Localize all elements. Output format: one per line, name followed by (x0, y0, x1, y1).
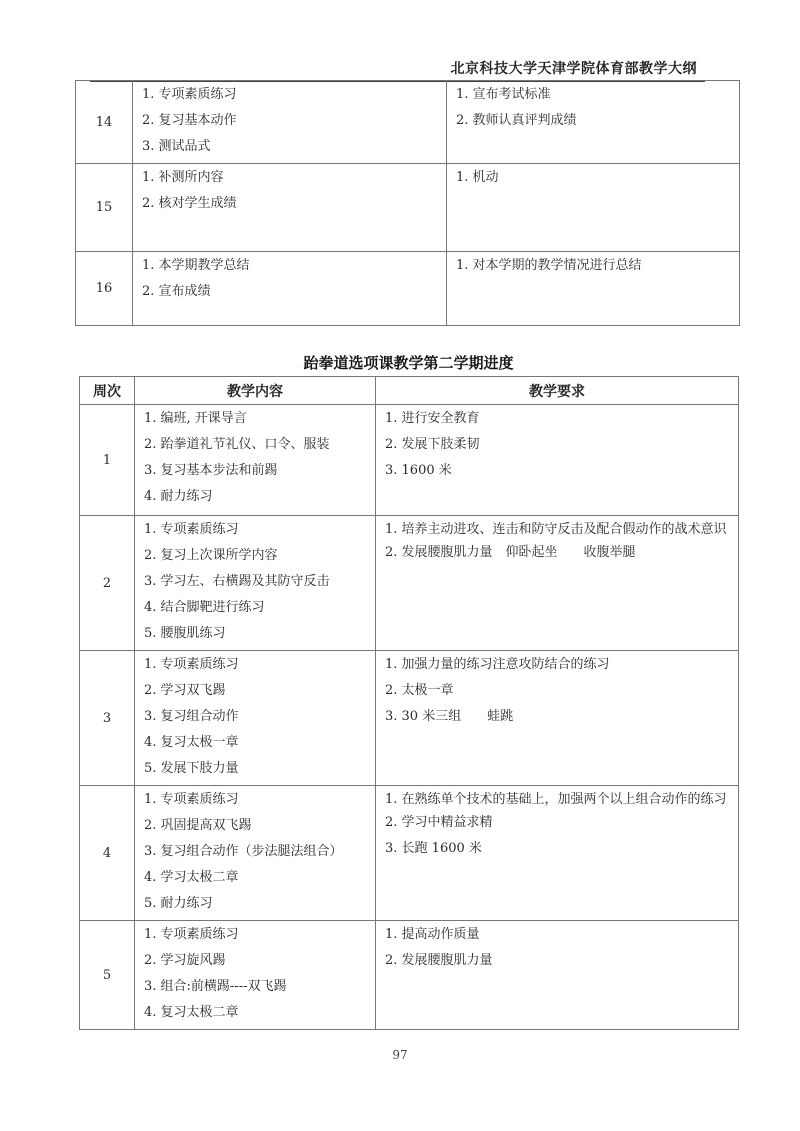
requirements-cell: 1. 培养主动进攻、连击和防守反击及配合假动作的战术意识 2. 发展腰腹肌力量 … (376, 516, 739, 651)
week-cell: 2 (80, 516, 135, 651)
page-number: 97 (0, 1048, 800, 1062)
content-line: 3. 测试品式 (142, 137, 446, 163)
column-header-content: 教学内容 (135, 377, 376, 405)
content-line: 2. 宣布成绩 (142, 282, 446, 308)
content-line: 2. 学习双飞踢 (144, 681, 375, 707)
requirements-cell: 1. 加强力量的练习注意攻防结合的练习 2. 太极一章 3. 30 米三组 蛙跳 (376, 651, 739, 786)
content-line: 3. 组合:前横踢----双飞踢 (144, 977, 375, 1003)
content-cell: 1. 专项素质练习 2. 学习双飞踢 3. 复习组合动作 4. 复习太极一章 5… (135, 651, 376, 786)
week-cell: 15 (76, 164, 133, 252)
content-cell: 1. 专项素质练习 2. 学习旋风踢 3. 组合:前横踢----双飞踢 4. 复… (135, 921, 376, 1030)
content-line: 1. 本学期教学总结 (142, 256, 446, 282)
requirement-line: 1. 进行安全教育 (385, 409, 738, 435)
content-line: 1. 专项素质练习 (144, 925, 375, 951)
week-cell: 1 (80, 405, 135, 516)
requirements-cell: 1. 对本学期的教学情况进行总结 (447, 252, 740, 326)
content-line: 1. 编班, 开课导言 (144, 409, 375, 435)
requirement-line: 1. 加强力量的练习注意攻防结合的练习 (385, 655, 738, 681)
requirement-line: 3. 30 米三组 蛙跳 (385, 707, 738, 733)
content-line: 3. 复习组合动作 (144, 707, 375, 733)
requirement-line: 1. 机动 (456, 168, 739, 194)
schedule-table-semester-2: 周次 教学内容 教学要求 1 1. 编班, 开课导言 2. 跆拳道礼节礼仪、口令… (79, 376, 739, 1030)
document-title: 北京科技大学天津学院体育部教学大纲 (451, 58, 698, 78)
table-row: 4 1. 专项素质练习 2. 巩固提高双飞踢 3. 复习组合动作（步法腿法组合）… (80, 786, 739, 921)
table-row: 1 1. 编班, 开课导言 2. 跆拳道礼节礼仪、口令、服装 3. 复习基本步法… (80, 405, 739, 516)
requirement-line: 2. 发展下肢柔韧 (385, 435, 738, 461)
content-line: 5. 腰腹肌练习 (144, 624, 375, 650)
column-header-requirements: 教学要求 (376, 377, 739, 405)
table-header-row: 周次 教学内容 教学要求 (80, 377, 739, 405)
content-cell: 1. 编班, 开课导言 2. 跆拳道礼节礼仪、口令、服装 3. 复习基本步法和前… (135, 405, 376, 516)
table-row: 14 1. 专项素质练习 2. 复习基本动作 3. 测试品式 1. 宣布考试标准… (76, 81, 740, 164)
content-line: 2. 核对学生成绩 (142, 194, 446, 220)
requirement-line: 1. 在熟练单个技术的基础上，加强两个以上组合动作的练习 (385, 787, 730, 813)
page-header: 北京科技大学天津学院体育部教学大纲 (90, 56, 705, 82)
requirement-line: 1. 对本学期的教学情况进行总结 (456, 256, 739, 282)
week-cell: 16 (76, 252, 133, 326)
requirement-line: 1. 提高动作质量 (385, 925, 738, 951)
content-line: 3. 复习基本步法和前踢 (144, 461, 375, 487)
content-line: 4. 耐力练习 (144, 487, 375, 513)
content-line: 1. 专项素质练习 (144, 790, 375, 816)
requirement-line: 2. 教师认真评判成绩 (456, 111, 739, 137)
content-line: 4. 复习太极一章 (144, 733, 375, 759)
requirements-cell: 1. 提高动作质量 2. 发展腰腹肌力量 (376, 921, 739, 1030)
content-line: 2. 复习基本动作 (142, 111, 446, 137)
requirement-line: 2. 发展腰腹肌力量 (385, 951, 738, 977)
table-row: 16 1. 本学期教学总结 2. 宣布成绩 1. 对本学期的教学情况进行总结 (76, 252, 740, 326)
content-cell: 1. 专项素质练习 2. 复习基本动作 3. 测试品式 (133, 81, 447, 164)
week-cell: 3 (80, 651, 135, 786)
requirements-cell: 1. 宣布考试标准 2. 教师认真评判成绩 (447, 81, 740, 164)
requirement-line: 2. 学习中精益求精 (385, 813, 730, 839)
requirement-line: 2. 太极一章 (385, 681, 738, 707)
requirement-line: 1. 宣布考试标准 (456, 85, 739, 111)
requirement-line: 3. 长跑 1600 米 (385, 839, 730, 865)
table-row: 15 1. 补测所内容 2. 核对学生成绩 1. 机动 (76, 164, 740, 252)
content-line: 4. 学习太极二章 (144, 868, 375, 894)
content-line: 4. 结合脚靶进行练习 (144, 598, 375, 624)
content-line: 1. 专项素质练习 (144, 520, 375, 546)
content-line: 2. 学习旋风踢 (144, 951, 375, 977)
content-line: 5. 耐力练习 (144, 894, 375, 920)
content-line: 5. 发展下肢力量 (144, 759, 375, 785)
content-line: 4. 复习太极二章 (144, 1003, 375, 1029)
content-cell: 1. 本学期教学总结 2. 宣布成绩 (133, 252, 447, 326)
content-cell: 1. 专项素质练习 2. 复习上次课所学内容 3. 学习左、右横踢及其防守反击 … (135, 516, 376, 651)
content-cell: 1. 补测所内容 2. 核对学生成绩 (133, 164, 447, 252)
content-line: 2. 跆拳道礼节礼仪、口令、服装 (144, 435, 375, 461)
content-line: 1. 补测所内容 (142, 168, 446, 194)
requirement-line: 1. 培养主动进攻、连击和防守反击及配合假动作的战术意识 (385, 517, 730, 543)
table-row: 3 1. 专项素质练习 2. 学习双飞踢 3. 复习组合动作 4. 复习太极一章… (80, 651, 739, 786)
week-cell: 5 (80, 921, 135, 1030)
column-header-week: 周次 (80, 377, 135, 405)
section-title: 跆拳道选项课教学第二学期进度 (79, 352, 738, 373)
requirements-cell: 1. 进行安全教育 2. 发展下肢柔韧 3. 1600 米 (376, 405, 739, 516)
content-cell: 1. 专项素质练习 2. 巩固提高双飞踢 3. 复习组合动作（步法腿法组合） 4… (135, 786, 376, 921)
requirement-line: 3. 1600 米 (385, 461, 738, 487)
content-line: 3. 复习组合动作（步法腿法组合） (144, 842, 375, 868)
requirements-cell: 1. 在熟练单个技术的基础上，加强两个以上组合动作的练习 2. 学习中精益求精 … (376, 786, 739, 921)
requirements-cell: 1. 机动 (447, 164, 740, 252)
table-row: 5 1. 专项素质练习 2. 学习旋风踢 3. 组合:前横踢----双飞踢 4.… (80, 921, 739, 1030)
content-line: 2. 复习上次课所学内容 (144, 546, 375, 572)
content-line: 1. 专项素质练习 (142, 85, 446, 111)
schedule-table-continued: 14 1. 专项素质练习 2. 复习基本动作 3. 测试品式 1. 宣布考试标准… (75, 80, 740, 326)
table-row: 2 1. 专项素质练习 2. 复习上次课所学内容 3. 学习左、右横踢及其防守反… (80, 516, 739, 651)
week-cell: 4 (80, 786, 135, 921)
week-cell: 14 (76, 81, 133, 164)
content-line: 3. 学习左、右横踢及其防守反击 (144, 572, 375, 598)
requirement-line: 2. 发展腰腹肌力量 仰卧起坐 收腹举腿 (385, 543, 730, 569)
content-line: 2. 巩固提高双飞踢 (144, 816, 375, 842)
content-line: 1. 专项素质练习 (144, 655, 375, 681)
